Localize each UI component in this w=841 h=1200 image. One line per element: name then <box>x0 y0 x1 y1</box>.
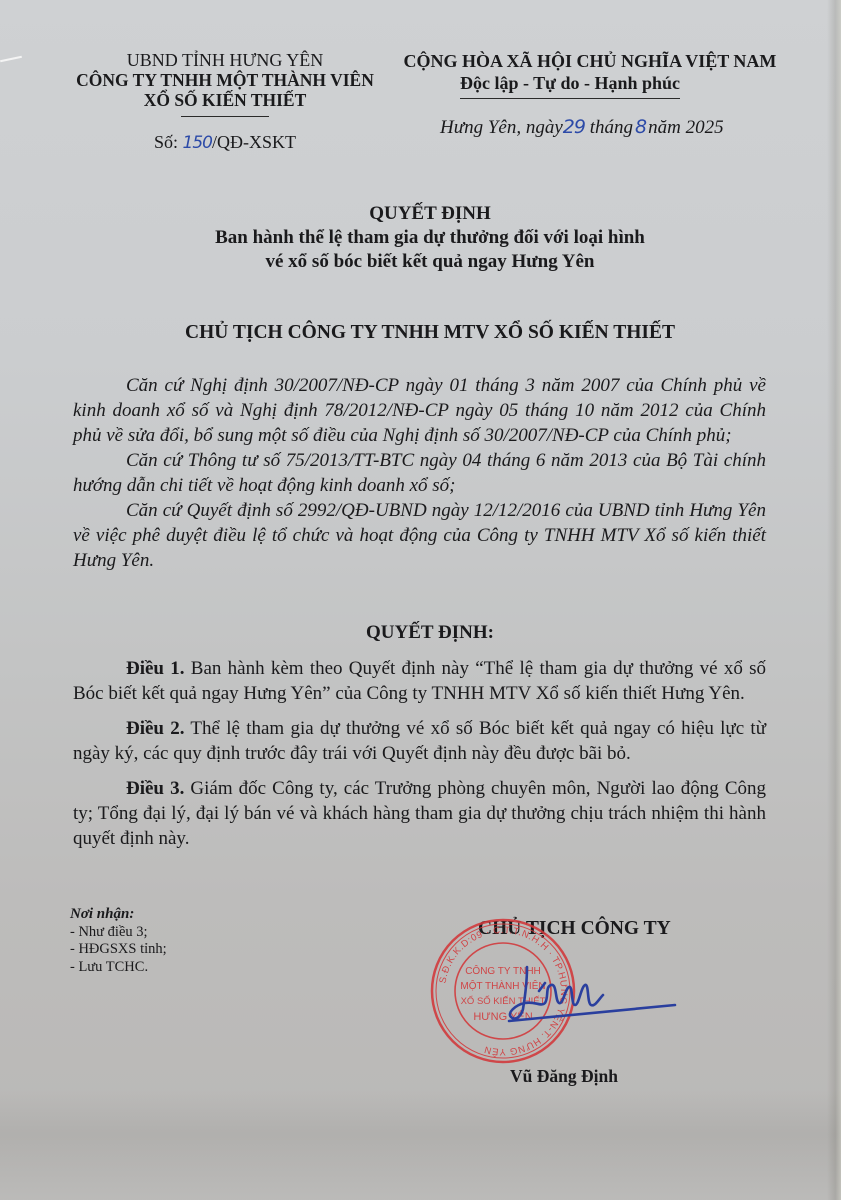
legal-basis: Căn cứ Quyết định số 2992/QĐ-UBND ngày 1… <box>73 498 766 573</box>
place-date: Hưng Yên, ngày29 tháng8năm 2025 <box>440 116 840 139</box>
document-number-suffix: /QĐ-XSKT <box>212 132 296 152</box>
national-title: CỘNG HÒA XÃ HỘI CHỦ NGHĨA VIỆT NAM <box>400 50 780 72</box>
issuer-underline <box>181 116 269 117</box>
signer-name: Vũ Đăng Định <box>510 1066 710 1087</box>
decision-title: QUYẾT ĐỊNH Ban hành thể lệ tham gia dự t… <box>150 202 710 274</box>
decision-subtitle-line2: vé xổ số bóc biết kết quả ngay Hưng Yên <box>150 250 710 274</box>
recipient-item: - HĐGSXS tỉnh; <box>70 941 310 959</box>
issuer-company-line1: CÔNG TY TNHH MỘT THÀNH VIÊN <box>60 70 390 90</box>
motto-underline <box>460 98 680 99</box>
recipient-item: - Lưu TCHC. <box>70 959 310 977</box>
document-number-prefix: Số: <box>154 132 183 152</box>
authority-heading: CHỦ TỊCH CÔNG TY TNHH MTV XỔ SỐ KIẾN THI… <box>100 322 760 344</box>
article-label: Điều 2. <box>126 718 185 739</box>
legal-bases: Căn cứ Nghị định 30/2007/NĐ-CP ngày 01 t… <box>73 373 766 573</box>
document-number-handwritten: 150 <box>183 133 212 153</box>
scan-artifact <box>0 56 22 63</box>
year-label: năm 2025 <box>648 117 723 138</box>
decides-heading: QUYẾT ĐỊNH: <box>150 622 710 644</box>
document-number: Số: 150/QĐ-XSKT <box>60 132 390 153</box>
article-3: Điều 3. Giám đốc Công ty, các Trưởng phò… <box>73 776 766 851</box>
issuer-company-line2: XỔ SỐ KIẾN THIẾT <box>60 90 390 110</box>
page-edge <box>827 0 841 1200</box>
recipients-heading: Nơi nhận: <box>70 906 310 924</box>
issuer-authority: UBND TỈNH HƯNG YÊN <box>60 50 390 70</box>
issuer-header: UBND TỈNH HƯNG YÊN CÔNG TY TNHH MỘT THÀN… <box>60 50 390 117</box>
article-label: Điều 3. <box>126 778 184 799</box>
articles: Điều 1. Ban hành kèm theo Quyết định này… <box>73 656 766 861</box>
day-handwritten: 29 <box>563 116 585 138</box>
article-label: Điều 1. <box>126 658 185 679</box>
article-2: Điều 2. Thể lệ tham gia dự thưởng vé xổ … <box>73 716 766 766</box>
scan-shadow <box>0 1090 841 1200</box>
place-date-prefix: Hưng Yên, ngày <box>440 117 563 138</box>
legal-basis: Căn cứ Nghị định 30/2007/NĐ-CP ngày 01 t… <box>73 373 766 448</box>
decision-heading: QUYẾT ĐỊNH <box>150 202 710 226</box>
recipient-item: - Như điều 3; <box>70 924 310 942</box>
recipients: Nơi nhận: - Như điều 3; - HĐGSXS tỉnh; -… <box>70 906 310 976</box>
handwritten-signature-icon <box>505 965 685 1025</box>
legal-basis: Căn cứ Thông tư số 75/2013/TT-BTC ngày 0… <box>73 448 766 498</box>
month-handwritten: 8 <box>635 116 646 138</box>
national-header: CỘNG HÒA XÃ HỘI CHỦ NGHĨA VIỆT NAM Độc l… <box>400 50 780 99</box>
article-1: Điều 1. Ban hành kèm theo Quyết định này… <box>73 656 766 706</box>
month-label: tháng <box>585 117 633 138</box>
national-motto: Độc lập - Tự do - Hạnh phúc <box>360 72 780 94</box>
decision-subtitle-line1: Ban hành thể lệ tham gia dự thưởng đối v… <box>150 226 710 250</box>
